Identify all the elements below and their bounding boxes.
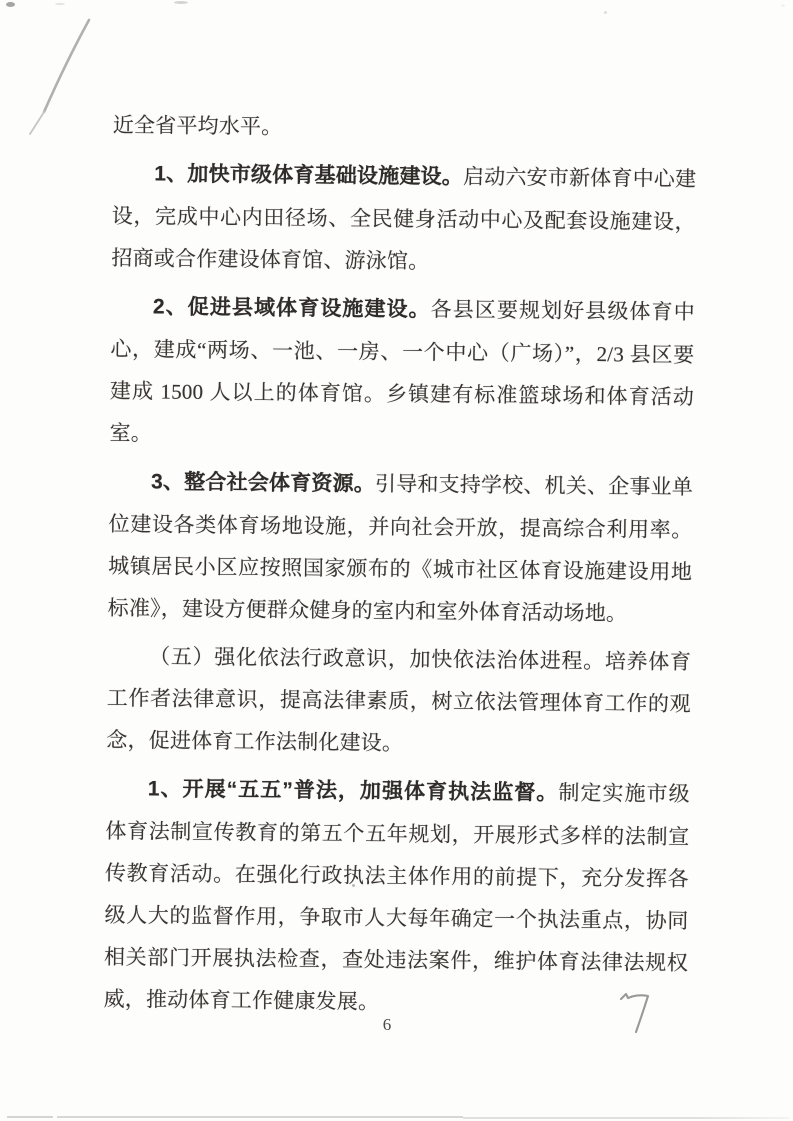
- body-paragraph: 近全省平均水平。: [113, 104, 697, 152]
- scan-speck: [352, 884, 355, 887]
- handwritten-seven-mark: [615, 988, 660, 1038]
- scan-bottom-edge-shadow: [7, 1116, 53, 1118]
- scan-speck: [604, 11, 607, 14]
- paragraph-text: 引导和支持学校、机关、企事业单位建设各类体育场地设施，并向社会开放，提高综合利用…: [108, 472, 694, 626]
- body-paragraph: 3、整合社会体育资源。引导和支持学校、机关、企事业单位建设各类体育场地设施，并向…: [108, 460, 694, 635]
- paragraph-heading: 1、开展“五五”普法，加强体育执法监督。: [148, 777, 559, 804]
- scan-speck: [781, 4, 785, 7]
- scan-right-fade: [698, 0, 793, 1121]
- paragraph-heading: （五）强化依法行政意识，加快依法治体进程。: [149, 644, 605, 673]
- page-number: 6: [372, 1012, 402, 1038]
- paragraph-heading: 1、加快市级体育基础设施建设。: [154, 162, 463, 188]
- scan-speck: [55, 3, 65, 5]
- body-paragraph: 2、促进县域体育设施建设。各县区要规划好县级体育中心，建成“两场、一池、一房、一…: [109, 285, 695, 460]
- body-paragraph: （五）强化依法行政意识，加快依法治体进程。培养体育工作者法律意识，提高法律素质，…: [106, 635, 691, 767]
- document-body: 近全省平均水平。 1、加快市级体育基础设施建设。启动六安市新体育中心建设，完成中…: [103, 104, 697, 1032]
- scan-bottom-edge-shadow: [463, 1117, 789, 1119]
- body-paragraph: 1、加快市级体育基础设施建设。启动六安市新体育中心建设，完成中心内田径场、全民健…: [111, 152, 696, 285]
- paragraph-text: 制定实施市级体育法制宣传教育的第五个五年规划，开展形式多样的法制宣传教育活动。在…: [104, 781, 690, 1014]
- paragraph-heading: 2、促进县域体育设施建设。: [153, 295, 431, 321]
- scanned-document-page: 近全省平均水平。 1、加快市级体育基础设施建设。启动六安市新体育中心建设，完成中…: [0, 0, 793, 1121]
- scan-speck: [174, 1, 188, 4]
- scan-bottom-edge-shadow: [57, 1116, 463, 1118]
- body-paragraph: 1、开展“五五”普法，加强体育执法监督。制定实施市级体育法制宣传教育的第五个五年…: [103, 767, 690, 1026]
- diagonal-scratch-mark: [20, 12, 100, 142]
- paragraph-text: 近全省平均水平。: [113, 113, 283, 139]
- paragraph-heading: 3、整合社会体育资源。: [151, 470, 375, 495]
- scan-speck: [6, 2, 15, 7]
